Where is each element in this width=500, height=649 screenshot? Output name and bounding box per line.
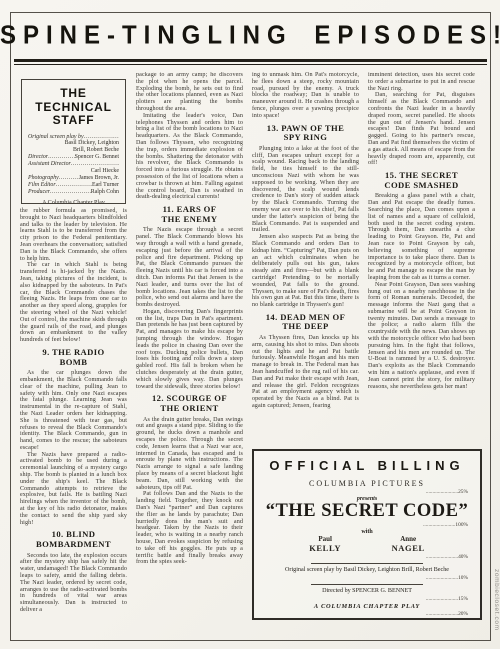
credit-value: Earl Turner [92,182,119,189]
staff-title-line: THE [28,87,119,101]
official-billing-title: OFFICIAL BILLING [262,458,472,473]
episode-heading: 13. PAWN OF THESPY RING [252,124,359,143]
episode-heading: 15. THE SECRETCODE SMASHED [368,171,475,190]
percentage-value: 15% [458,596,468,602]
episode-heading-line: BOMBARDMENT [20,540,127,550]
percentage-value: 25% [458,489,468,495]
billing-percentage: 25% [262,489,468,495]
body-paragraph: As Thyssen fires, Dan knocks up his arm,… [252,335,359,410]
credit-label: Film Editor [28,182,56,189]
body-paragraph: The car in which Stahl is being transfer… [20,262,127,344]
credit-label: Photography [28,175,59,182]
billing-divider [311,563,423,564]
title-underline [14,59,487,65]
watermark: zombiecloset.com [493,569,500,631]
credit-row: PhotographyJames Brown, Jr. [28,175,119,182]
star-name: PaulKELLY [309,536,341,553]
credit-row: Original screen play by [28,134,119,141]
body-paragraph: Near Point Grayson, Dan sees washing hun… [368,282,475,391]
episode-heading: 10. BLINDBOMBARDMENT [20,530,127,549]
body-paragraph: package to an army camp; he discovers th… [136,72,243,113]
credit-dot-leader [50,189,91,196]
title-rule-thick [14,59,487,62]
percentage-dot-leader [423,522,455,528]
billing-line: Original screen play by Basil Dickey, Le… [262,567,472,574]
episode-heading-line: BOMB [20,358,127,368]
columns-3-4-region: ing to unmask him. On Pat's motorcycle, … [252,72,482,635]
billing-percentage: 15% [262,596,468,602]
star-last-name: NAGEL [392,544,425,553]
staff-title-line: TECHNICAL [28,101,119,115]
column-1: THETECHNICALSTAFF Original screen play b… [20,72,127,635]
billing-lines: COLUMBIA PICTURES25%presents“THE SECRET … [262,479,472,617]
percentage-dot-leader [426,554,458,560]
technical-staff-title: THETECHNICALSTAFF [28,87,119,128]
billing-divider [311,584,423,585]
credit-value: Spencer G. Bennet [75,154,119,161]
percentage-dot-leader [426,575,458,581]
body-paragraph: Seconds too late, the explosion occurs a… [20,553,127,614]
body-paragraph: The Nazis have prepared a radio- activat… [20,452,127,527]
episode-heading: 11. EARS OFTHE ENEMY [136,205,243,224]
credit-dot-leader [71,161,119,168]
credit-value: Carl Hiecke [28,168,119,175]
episode-heading-line: THE ORIENT [136,404,243,414]
official-billing-box: OFFICIAL BILLING COLUMBIA PICTURES25%pre… [252,449,482,620]
body-paragraph: Hogan, discovering Dan's fingerprints on… [136,309,243,391]
credit-label: Producer [28,189,50,196]
episode-heading-line: THE DEEP [252,322,359,332]
billing-line: COLUMBIA PICTURES [262,479,472,488]
percentage-value: 10% [458,575,468,581]
title-rule-thin [14,64,487,65]
billing-line: “THE SECRET CODE” [262,502,472,521]
columns-3-4-text: ing to unmask him. On Pat's motorcycle, … [252,72,482,446]
episode-heading: 14. DEAD MEN OFTHE DEEP [252,313,359,332]
episode-heading: 12. SCOURGE OFTHE ORIENT [136,394,243,413]
episode-heading: 9. THE RADIOBOMB [20,348,127,367]
credit-row: Assistant Director [28,161,119,168]
credit-row: ProducerRalph Cohn [28,189,119,196]
body-paragraph: As the car plunges down the embankment, … [20,370,127,452]
column-4: imminent detection, uses his secret code… [368,72,475,446]
body-paragraph: ing to unmask him. On Pat's motorcycle, … [252,72,359,120]
credit-dot-leader [59,175,79,182]
billing-percentage: 40% [262,554,468,560]
body-paragraph: Jensen also suspects Pat as being the Bl… [252,234,359,309]
body-paragraph: imminent detection, uses his secret code… [368,72,475,92]
column-2: package to an army camp; he discovers th… [136,72,243,635]
billing-stars: PaulKELLYAnneNAGEL [262,536,472,553]
body-paragraph: the rubber formula as promised, is broug… [20,208,127,262]
billing-percentage: 10% [262,575,468,581]
credit-dot-leader [56,182,92,189]
episode-heading-line: THE ENEMY [136,215,243,225]
percentage-value: 100% [455,522,468,528]
article-columns: THETECHNICALSTAFF Original screen play b… [20,72,482,635]
pressbook-page: SPINE-TINGLING EPISODES! THETECHNICALSTA… [0,0,500,649]
credit-row: Film EditorEarl Turner [28,182,119,189]
column-3: ing to unmask him. On Pat's motorcycle, … [252,72,359,446]
credit-row: DirectorSpencer G. Bennet [28,154,119,161]
credit-label: Original screen play by [28,134,84,141]
body-paragraph: Pat follows Dan and the Nazis to the lan… [136,491,243,566]
body-paragraph: Breaking a glass panel with a chair, Dan… [368,193,475,281]
percentage-value: 40% [458,554,468,560]
star-last-name: KELLY [309,544,341,553]
billing-percentage: 20% [262,611,468,617]
body-paragraph: Imitating the leader's voice, Dan teleph… [136,113,243,201]
page-title: SPINE-TINGLING EPISODES! [0,21,500,51]
percentage-dot-leader [426,596,458,602]
credit-value: James Brown, Jr. [79,175,119,182]
episode-heading-line: SPY RING [252,133,359,143]
body-paragraph: Dan, searching for Pat, disguises himsel… [368,92,475,167]
star-name: AnneNAGEL [392,536,425,553]
billing-percentage: 100% [262,522,468,528]
technical-staff-box: THETECHNICALSTAFF Original screen play b… [21,79,126,204]
body-paragraph: The Nazis escape through a secret panel.… [136,227,243,309]
credit-label: Assistant Director [28,161,71,168]
billing-line: with [262,529,472,535]
episode-heading-line: CODE SMASHED [368,181,475,191]
credit-value: Brill, Robert Beche [28,147,119,154]
percentage-dot-leader [426,611,458,617]
credit-value: Ralph Cohn [91,189,119,196]
technical-staff-credits: Original screen play byBasil Dickey, Lei… [28,134,119,196]
credit-label: Director [28,154,48,161]
staff-title-line: STAFF [28,114,119,128]
billing-line: A COLUMBIA CHAPTER PLAY [262,603,472,610]
credit-value: Basil Dickey, Leighton [28,140,119,147]
body-paragraph: Plunging into a lake at the foot of the … [252,146,359,234]
percentage-value: 20% [458,611,468,617]
credit-dot-leader [84,134,119,141]
body-paragraph: As the drain gutter breaks, Dan swings o… [136,417,243,492]
staff-footer: A Columbia Chapter Play [28,200,119,204]
credit-dot-leader [48,154,75,161]
billing-line: Directed by SPENCER G. BENNET [262,588,472,595]
percentage-dot-leader [426,489,458,495]
